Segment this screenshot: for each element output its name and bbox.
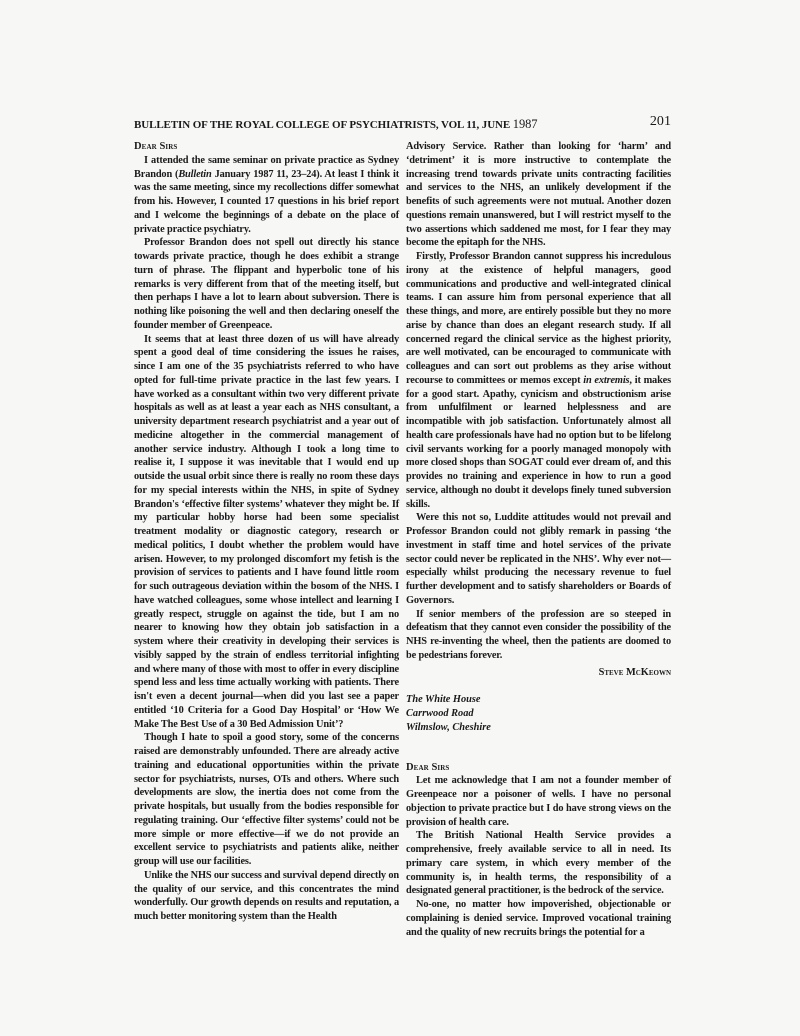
letter1-paragraph-1: I attended the same seminar on private p… — [134, 154, 399, 237]
letter1-paragraph-5-continued: Advisory Service. Rather than looking fo… — [406, 140, 671, 250]
journal-year: 1987 — [513, 117, 538, 131]
letter1-paragraph-4: Though I hate to spoil a good story, som… — [134, 731, 399, 869]
letter1-paragraph-7: Were this not so, Luddite attitudes woul… — [406, 511, 671, 607]
letter2-paragraph-3: No-one, no matter how impoverished, obje… — [406, 898, 671, 939]
letter-divider-space — [406, 735, 671, 761]
letter1-paragraph-6: Firstly, Professor Brandon cannot suppre… — [406, 250, 671, 511]
page-number: 201 — [650, 114, 671, 130]
left-column: Dear Sirs I attended the same seminar on… — [134, 140, 399, 924]
letter1-salutation: Dear Sirs — [134, 140, 399, 154]
letter2-salutation: Dear Sirs — [406, 761, 671, 775]
letter1-signature: Steve McKeown — [406, 663, 671, 680]
running-head: BULLETIN OF THE ROYAL COLLEGE OF PSYCHIA… — [134, 114, 671, 132]
address-line-2: Carrwood Road — [406, 707, 671, 721]
address-line-1: The White House — [406, 693, 671, 707]
right-column: Advisory Service. Rather than looking fo… — [406, 140, 671, 939]
journal-page: BULLETIN OF THE ROYAL COLLEGE OF PSYCHIA… — [134, 114, 671, 132]
letter1-paragraph-5: Unlike the NHS our success and survival … — [134, 869, 399, 924]
letter1-paragraph-8: If senior members of the profession are … — [406, 608, 671, 663]
address-line-3: Wilmslow, Cheshire — [406, 721, 671, 735]
citation-italic: Bulletin — [178, 169, 211, 180]
letter1-paragraph-3: It seems that at least three dozen of us… — [134, 333, 399, 732]
letter1-paragraph-2: Professor Brandon does not spell out dir… — [134, 236, 399, 332]
letter1-address: The White House Carrwood Road Wilmslow, … — [406, 693, 671, 734]
letter2-paragraph-1: Let me acknowledge that I am not a found… — [406, 774, 671, 829]
latin-phrase-italic: in extremis — [583, 375, 629, 386]
journal-title: BULLETIN OF THE ROYAL COLLEGE OF PSYCHIA… — [134, 117, 537, 132]
letter2-paragraph-2: The British National Health Service prov… — [406, 829, 671, 898]
